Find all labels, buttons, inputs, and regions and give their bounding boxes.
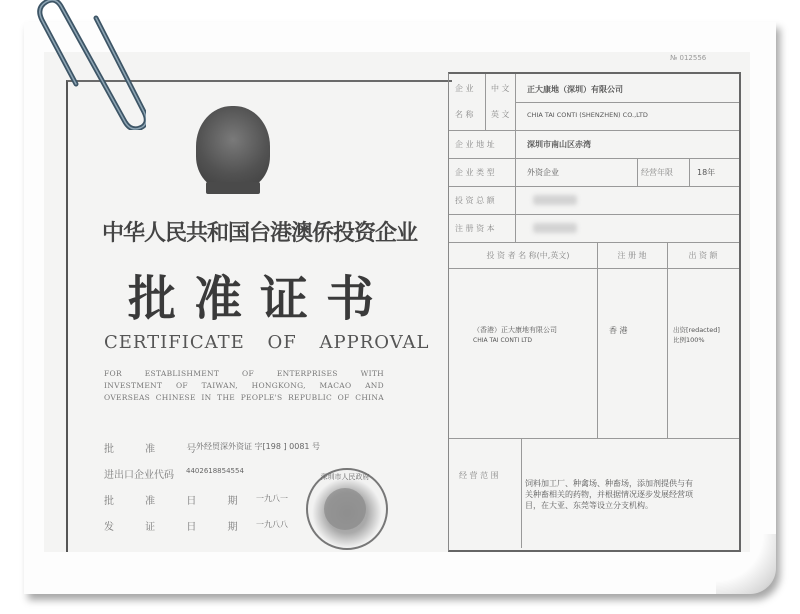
table-row-investor-header: 投 资 者 名 称(中,英文) 注 册 地 出 资 额 <box>449 242 739 269</box>
paperclip-icon <box>36 0 146 130</box>
approval-number-label: 批 准 号 <box>104 440 210 455</box>
emblem-base <box>206 182 260 194</box>
registration-header: 注 册 地 <box>597 242 667 268</box>
investor-contribution-amount: 出资[redacted] <box>673 324 720 334</box>
term-value: 18年 <box>697 158 715 186</box>
investor-name-en: CHIA TAI CONTI LTD <box>473 335 532 345</box>
subtitle-line: OVERSEAS CHINESE IN THE PEOPLE'S REPUBLI… <box>104 392 384 404</box>
national-emblem-icon <box>196 106 270 190</box>
table-row-business-scope: 经 营 范 围 饲料加工厂、种禽场、种畜场，添加剂提供与有关种畜相关的药物，并根… <box>449 438 739 548</box>
address-value: 深圳市南山区赤湾 <box>527 130 591 158</box>
registered-capital-label: 注 册 资 本 <box>455 214 495 242</box>
scope-label: 经 营 范 围 <box>459 468 499 482</box>
type-value: 外资企业 <box>527 158 559 186</box>
seal-text: 深圳市人民政府 <box>310 472 380 482</box>
cn-label: 中 文 <box>491 78 515 98</box>
table-row-registered-capital: 注 册 资 本 <box>449 214 739 243</box>
table-row-total-investment: 投 资 总 额 <box>449 186 739 215</box>
investor-registration: 香 港 <box>609 324 628 336</box>
approval-date-value: 一九八一 <box>256 493 288 504</box>
subtitle-line: INVESTMENT OF TAIWAN, HONGKONG, MACAO AN… <box>104 380 384 392</box>
approval-date-label: 批 准 日 期 <box>104 492 252 507</box>
enterprise-info-table: 企 业 名 称 中 文 英 文 正大康地（深圳）有限公司 CHIA TAI CO… <box>448 72 741 552</box>
investor-header: 投 资 者 名 称(中,英文) <box>459 242 597 268</box>
title-en: CERTIFICATE OF APPROVAL <box>104 332 429 353</box>
type-label: 企 业 类 型 <box>455 158 495 186</box>
serial-number: № 012556 <box>670 54 706 62</box>
total-investment-value <box>533 186 577 214</box>
redaction-blur <box>533 195 577 205</box>
trade-code-label: 进出口企业代码 <box>104 466 174 481</box>
seal-emblem-icon <box>324 488 366 530</box>
redaction-blur <box>533 223 577 233</box>
registered-capital-value <box>533 214 577 242</box>
trade-code-value: 4402618854554 <box>186 467 244 475</box>
address-label: 企 业 地 址 <box>455 130 495 158</box>
name-label: 名 称 <box>455 104 485 124</box>
scope-value: 饲料加工厂、种禽场、种畜场，添加剂提供与有关种畜相关的药物，并根据情况逐步发展经… <box>525 478 695 511</box>
term-label: 经营年限 <box>641 158 673 186</box>
approval-number-value: 外经贸深外资证 字[198 ] 0081 号 <box>196 441 320 452</box>
en-label: 英 文 <box>491 104 515 124</box>
investor-contribution-ratio: 比例100% <box>673 334 705 344</box>
contribution-header: 出 资 额 <box>667 242 739 268</box>
table-row-type: 企 业 类 型 外资企业 经营年限 18年 <box>449 158 739 187</box>
company-name-cn: 正大康地（深圳）有限公司 <box>527 78 623 100</box>
total-investment-label: 投 资 总 额 <box>455 186 495 214</box>
table-row-company-name: 企 业 名 称 中 文 英 文 正大康地（深圳）有限公司 CHIA TAI CO… <box>449 74 739 131</box>
table-row-address: 企 业 地 址 深圳市南山区赤湾 <box>449 130 739 159</box>
subtitle-en: FOR ESTABLISHMENT OF ENTERPRISES WITH IN… <box>104 368 384 404</box>
company-label: 企 业 <box>455 78 485 98</box>
company-name-en: CHIA TAI CONTI (SHENZHEN) CO.,LTD <box>527 104 648 126</box>
title-cn: 中华人民共和国台港澳侨投资企业 <box>102 216 417 247</box>
issue-date-label: 发 证 日 期 <box>104 518 252 533</box>
heading-cn: 批准证书 <box>128 260 392 329</box>
subtitle-line: FOR ESTABLISHMENT OF ENTERPRISES WITH <box>104 368 384 380</box>
issue-date-value: 一九八八 <box>256 519 288 530</box>
table-row-investor: （香港）正大康地有限公司 CHIA TAI CONTI LTD 香 港 出资[r… <box>449 268 739 439</box>
